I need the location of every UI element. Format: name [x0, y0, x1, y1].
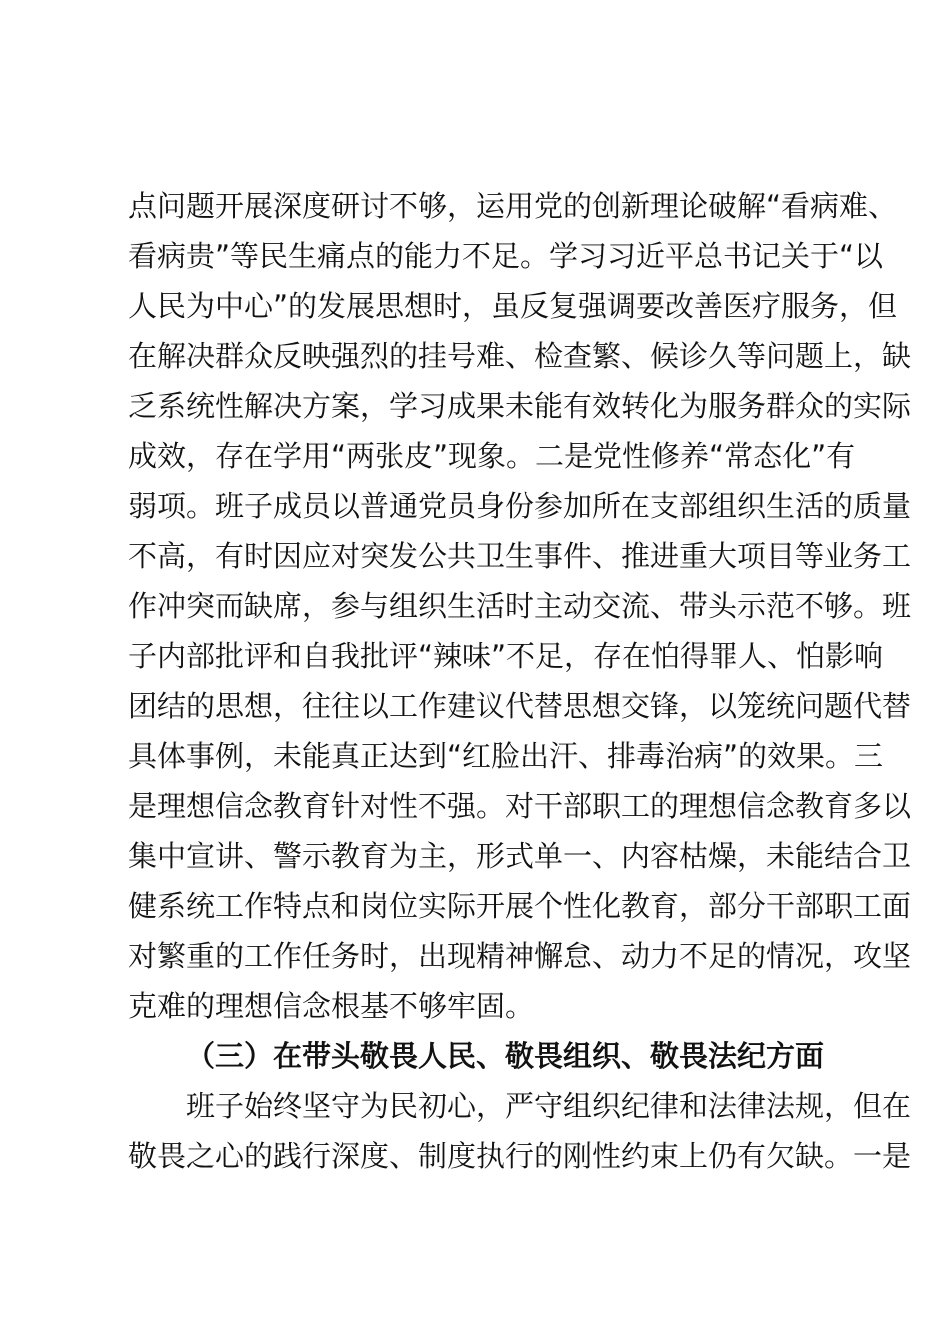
- text-line: 看病贵”等民生痛点的能力不足。学习习近平总书记关于“以: [128, 231, 832, 281]
- text-line: 克难的理想信念根基不够牢固。: [128, 981, 832, 1031]
- text-line: 成效，存在学用“两张皮”现象。二是党性修养“常态化”有: [128, 431, 832, 481]
- text-line: 作冲突而缺席，参与组织生活时主动交流、带头示范不够。班: [128, 581, 832, 631]
- text-line: 具体事例，未能真正达到“红脸出汗、排毒治病”的效果。三: [128, 731, 832, 781]
- text-line: 班子始终坚守为民初心，严守组织纪律和法律法规，但在: [128, 1081, 832, 1131]
- text-line: 在解决群众反映强烈的挂号难、检查繁、候诊久等问题上，缺: [128, 331, 832, 381]
- text-line: 乏系统性解决方案，学习成果未能有效转化为服务群众的实际: [128, 381, 832, 431]
- document-page: 点问题开展深度研讨不够，运用党的创新理论破解“看病难、 看病贵”等民生痛点的能力…: [0, 0, 950, 1344]
- text-line: 人民为中心”的发展思想时，虽反复强调要改善医疗服务，但: [128, 281, 832, 331]
- section-heading: （三）在带头敬畏人民、敬畏组织、敬畏法纪方面: [128, 1031, 832, 1081]
- text-line: 集中宣讲、警示教育为主，形式单一、内容枯燥，未能结合卫: [128, 831, 832, 881]
- document-body: 点问题开展深度研讨不够，运用党的创新理论破解“看病难、 看病贵”等民生痛点的能力…: [128, 181, 832, 1181]
- paragraph-2: 班子始终坚守为民初心，严守组织纪律和法律法规，但在 敬畏之心的践行深度、制度执行…: [128, 1081, 832, 1181]
- text-line: 弱项。班子成员以普通党员身份参加所在支部组织生活的质量: [128, 481, 832, 531]
- text-line: 敬畏之心的践行深度、制度执行的刚性约束上仍有欠缺。一是: [128, 1131, 832, 1181]
- paragraph-continuation: 点问题开展深度研讨不够，运用党的创新理论破解“看病难、 看病贵”等民生痛点的能力…: [128, 181, 832, 1031]
- text-line: 团结的思想，往往以工作建议代替思想交锋，以笼统问题代替: [128, 681, 832, 731]
- text-line: 对繁重的工作任务时，出现精神懈怠、动力不足的情况，攻坚: [128, 931, 832, 981]
- text-line: 不高，有时因应对突发公共卫生事件、推进重大项目等业务工: [128, 531, 832, 581]
- text-line: 是理想信念教育针对性不强。对干部职工的理想信念教育多以: [128, 781, 832, 831]
- text-line: 点问题开展深度研讨不够，运用党的创新理论破解“看病难、: [128, 181, 832, 231]
- text-line: 健系统工作特点和岗位实际开展个性化教育，部分干部职工面: [128, 881, 832, 931]
- text-line: 子内部批评和自我批评“辣味”不足，存在怕得罪人、怕影响: [128, 631, 832, 681]
